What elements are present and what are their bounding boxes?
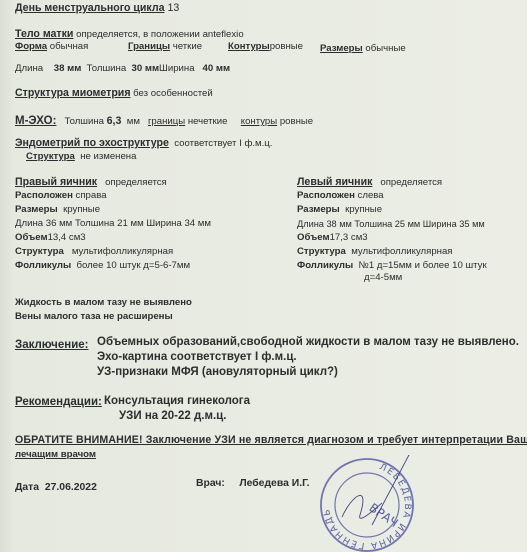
conclusion-line: Объемных образований,свободной жидкости … (97, 336, 519, 348)
conclusion-line: УЗ-признаки МФЯ (ановуляторный цикл?) (97, 366, 338, 378)
uterus-dimensions: Длина 38 мм Толшина 30 ммШирина 40 мм (15, 63, 230, 75)
endometrium-structure: Структура не изменена (26, 151, 136, 163)
myometrium-row: Структура миометрия без особенностей (15, 87, 213, 100)
uterus-shape: Форма обычная (15, 41, 88, 53)
stamp-center-text: ВРАЧ (367, 500, 401, 530)
uterus-row: Тело матки определяется, в положении ant… (15, 28, 244, 41)
recommendation-item: УЗИ на 20-22 д.м.ц. (119, 410, 226, 422)
recommendations-label: Рекомендации: (15, 396, 102, 408)
right-ovary-size: Размеры крупные (15, 204, 100, 216)
left-ovary-dimensions: Длина 38 мм Толшина 25 мм Ширина 35 мм (297, 218, 485, 230)
date-row: Дата 27.06.2022 (15, 482, 97, 494)
uterus-borders: Границы четкие (128, 41, 202, 53)
cycle-day-label: День менструального цикла (15, 2, 164, 14)
pelvic-veins: Вены малого таза не расширены (15, 311, 173, 323)
doctor-stamp: ЛЕБЕДЕВА ИРИНА ГЕННАДЬЕВНА ВРАЧ (312, 455, 422, 552)
conclusion-line: Эхо-картина соответствует I ф.м.ц. (97, 351, 297, 363)
uterus-contours: Контурыровные (228, 41, 303, 53)
left-ovary-size: Размеры крупные (297, 204, 382, 216)
notice-text: ОБРАТИТЕ ВНИМАНИЕ! Заключение УЗИ не явл… (15, 434, 527, 446)
left-ovary-title: Левый яичник определяется (297, 176, 442, 189)
uterus-label: Тело матки (15, 28, 73, 40)
recommendation-item: Консультация гинеколога (104, 395, 250, 407)
cycle-day-value: 13 (167, 2, 179, 14)
right-ovary-location: Расположен справа (15, 190, 107, 202)
notice-text-cont: лечащим врачом (15, 449, 96, 461)
right-ovary-follicles: Фолликулы более 10 штук д=5-6-7мм (15, 260, 190, 272)
left-ovary-volume: Объем17,3 см3 (297, 232, 368, 244)
pelvic-fluid: Жидкость в малом тазу не выявлено (15, 297, 192, 309)
left-ovary-follicles-cont: д=4-5мм (364, 272, 402, 284)
right-ovary-title: Правый яичник определяется (15, 176, 167, 189)
uterus-text: определяется, в положении anteflexio (76, 29, 244, 40)
doctor-row: Врач: Лебедева И.Г. (196, 478, 310, 490)
cycle-day-row: День менструального цикла 13 (15, 2, 179, 14)
endometrium-row: Эндометрий по эхоструктуре соответствует… (15, 137, 272, 150)
uterus-size: Размеры обычные (320, 43, 406, 55)
right-ovary-structure: Структура мультифолликулярная (15, 246, 173, 258)
m-echo-row: М-ЭХО: Толшина 6,3 мм границы нечеткие к… (15, 115, 313, 128)
right-ovary-dimensions: Длина 36 мм Толшина 21 мм Ширина 34 мм (15, 218, 211, 230)
left-ovary-location: Расположен слева (297, 190, 384, 202)
conclusion-label: Заключение: (15, 339, 89, 351)
left-ovary-structure: Структура мультифолликулярная (297, 246, 453, 258)
right-ovary-volume: Объем13,4 см3 (15, 232, 86, 244)
left-ovary-follicles: Фолликулы №1 д=15мм и более 10 штук (297, 260, 487, 272)
